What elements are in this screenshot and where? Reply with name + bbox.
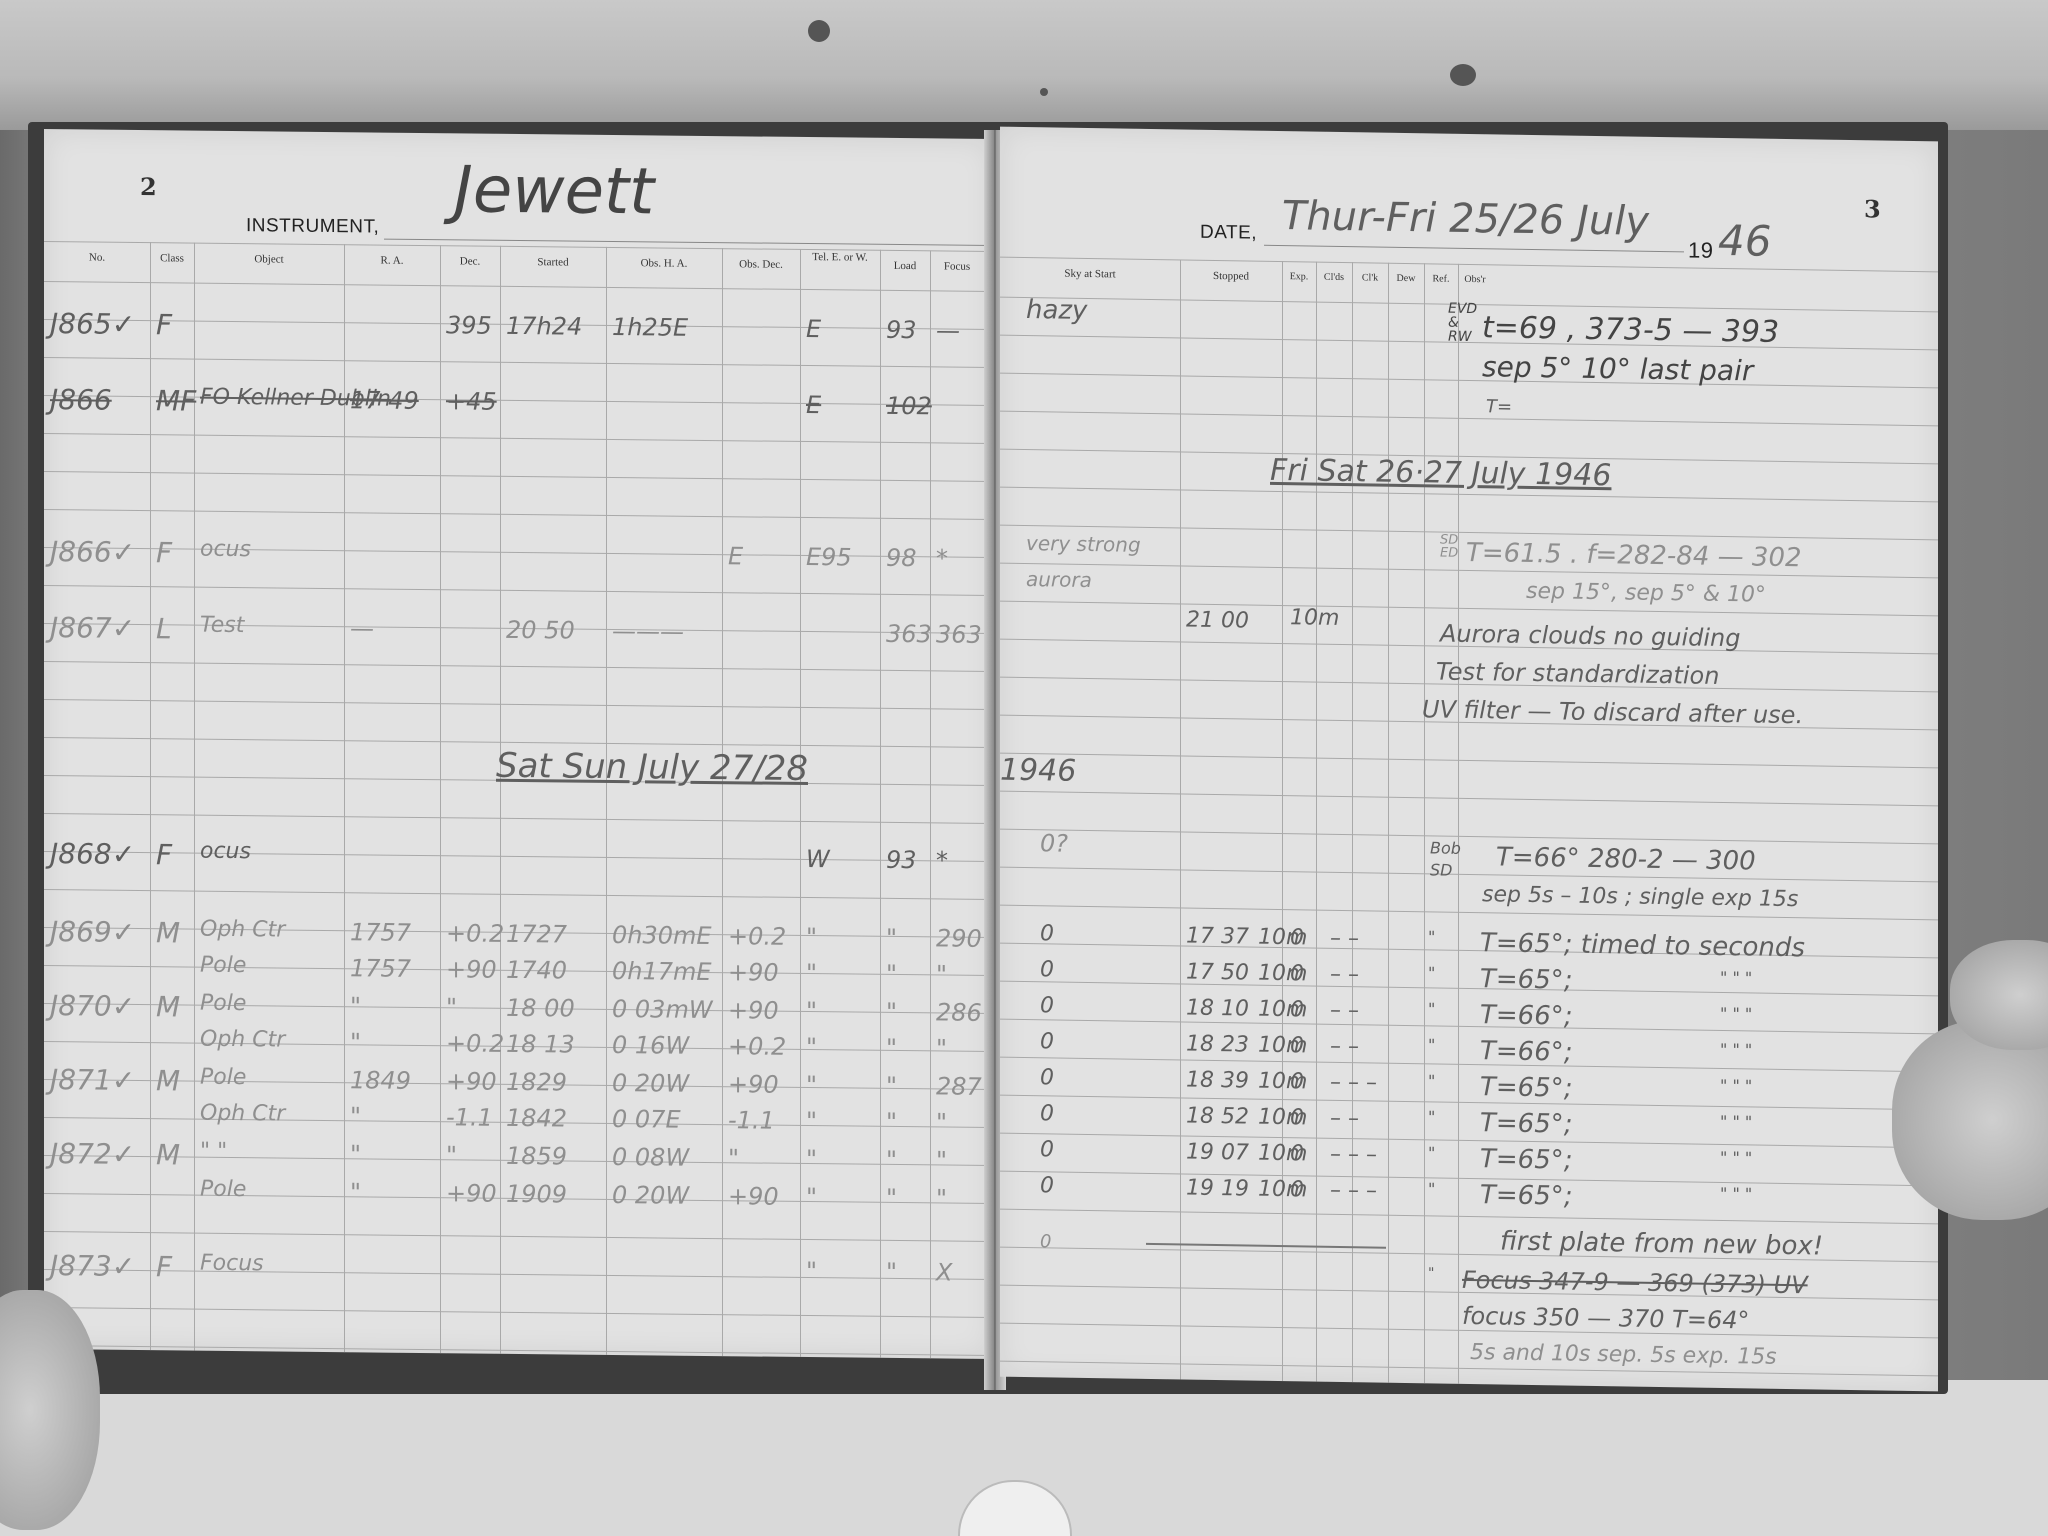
cell-tel: W xyxy=(806,845,830,873)
cell-ra: — xyxy=(350,614,374,642)
ruled-line xyxy=(1000,1019,1938,1035)
cell-tel: " xyxy=(806,959,817,987)
stopped-time: 21 00 xyxy=(1186,608,1249,634)
cell-clk: – – xyxy=(1330,962,1359,987)
cell-class: F xyxy=(156,1250,172,1283)
cell-clds: 0 xyxy=(1290,925,1304,950)
year-continued: 1946 xyxy=(1000,753,1076,789)
cell-no: J865✓ xyxy=(50,307,135,341)
cell-started: 18 00 xyxy=(506,994,575,1023)
cell-ditto: " " " xyxy=(1720,1184,1752,1204)
cell-object: Oph Ctr xyxy=(200,1101,285,1127)
ruled-line xyxy=(1000,1133,1938,1149)
cell-started: 1909 xyxy=(506,1180,567,1209)
cell-class: M xyxy=(156,990,180,1023)
cell-clk: – – xyxy=(1330,926,1359,951)
column-rule xyxy=(722,248,723,1356)
ruled-line xyxy=(44,851,992,862)
column-rule xyxy=(880,250,881,1358)
cell-started: 1859 xyxy=(506,1142,567,1171)
cell-obs-dec: -1.1 xyxy=(728,1106,775,1134)
cell-sky: 0 xyxy=(1040,1065,1054,1090)
cell-stopped: 19 19 xyxy=(1186,1176,1249,1202)
cell-ra: 1757 xyxy=(350,954,411,983)
sky-condition: 0 xyxy=(1040,1231,1051,1252)
instrument-label: INSTRUMENT, xyxy=(246,215,379,238)
cell-sky: 0 xyxy=(1040,957,1054,982)
cell-class: M xyxy=(156,916,180,949)
cell-class: M xyxy=(156,1064,180,1097)
column-rule xyxy=(1180,259,1181,1379)
cell-dec: +90 xyxy=(446,1067,497,1096)
column-rule xyxy=(1316,262,1317,1382)
cell-obs-ha: 0 20W xyxy=(612,1181,689,1210)
cell-object: Test xyxy=(200,613,244,638)
column-header: Cl'ds xyxy=(1316,272,1352,285)
column-rule xyxy=(800,249,801,1357)
cell-no: J870✓ xyxy=(50,989,135,1023)
remark-line: sep 5° 10° last pair xyxy=(1482,350,1753,387)
ruled-line xyxy=(1000,411,1938,427)
cell-no: J866✓ xyxy=(50,535,135,569)
ruled-line xyxy=(44,699,992,710)
cell-remarks: T=65°; xyxy=(1480,1144,1573,1175)
cell-obs-ha: 0 16W xyxy=(612,1031,689,1060)
cell-focus: X xyxy=(936,1258,952,1286)
cell-no: J872✓ xyxy=(50,1137,135,1171)
column-header: Ref. xyxy=(1424,273,1458,286)
cell-clds: 0 xyxy=(1290,1177,1304,1202)
cell-obsr: " xyxy=(1428,1143,1435,1162)
observer-initials: EVD & RW xyxy=(1448,302,1478,344)
cell-clds: 0 xyxy=(1290,961,1304,986)
cell-object: ocus xyxy=(200,537,251,563)
column-header: Focus xyxy=(930,260,984,273)
cell-stopped: 18 39 xyxy=(1186,1068,1249,1094)
cell-remarks: T=65°; xyxy=(1480,1072,1573,1103)
cell-object: ocus xyxy=(200,839,251,865)
cell-stopped: 18 52 xyxy=(1186,1104,1249,1130)
cell-no: J871✓ xyxy=(50,1063,135,1097)
cell-started: 1842 xyxy=(506,1104,567,1133)
cell-obsr: " xyxy=(1428,1179,1435,1198)
cell-obsr: " xyxy=(1428,1107,1435,1126)
remark-line: t=69 , 373-5 — 393 xyxy=(1482,310,1779,350)
cell-remarks: T=65°; xyxy=(1480,964,1573,995)
cell-obs-ha: 0h30mE xyxy=(612,921,712,950)
ruled-line xyxy=(44,661,992,672)
ruled-line xyxy=(1000,791,1938,807)
cell-stopped: 17 37 xyxy=(1186,924,1249,950)
cell-load: 93 xyxy=(886,846,917,874)
cell-stopped: 18 23 xyxy=(1186,1032,1249,1058)
ruled-line xyxy=(1000,373,1938,389)
remark-line: Aurora clouds no guiding xyxy=(1440,620,1741,653)
cell-dec: " xyxy=(446,1141,457,1169)
cell-focus: " xyxy=(936,1108,947,1136)
column-header: No. xyxy=(44,251,150,264)
cell-tel: " xyxy=(806,1071,817,1099)
ruled-line xyxy=(44,1231,992,1242)
cell-ra: 1849 xyxy=(350,1066,411,1095)
cell-clds: 0 xyxy=(1290,1105,1304,1130)
cell-started: 20 50 xyxy=(506,616,575,645)
cell-clds: 0 xyxy=(1290,1141,1304,1166)
cell-ra: " xyxy=(350,1028,361,1056)
remark-line: first plate from new box! xyxy=(1500,1226,1823,1261)
cell-load: 102 xyxy=(886,392,932,420)
cell-load: " xyxy=(886,960,897,988)
sky-aurora: very strong aurora xyxy=(1026,525,1166,599)
remark-line: focus 350 — 370 T=64° xyxy=(1462,1302,1749,1335)
column-rule xyxy=(1458,264,1459,1384)
ruled-line xyxy=(44,1307,992,1318)
cell-clk: – – – xyxy=(1330,1070,1377,1096)
cell-tel: E xyxy=(806,391,821,419)
cell-dec: +45 xyxy=(446,387,497,416)
cell-focus: 290 xyxy=(936,924,982,952)
cell-started: 17h24 xyxy=(506,312,582,341)
ruled-line xyxy=(44,357,992,368)
cell-load: " xyxy=(886,1146,897,1174)
cell-focus: 363 xyxy=(936,620,982,648)
cell-tel: E xyxy=(806,315,821,343)
date-underline xyxy=(1264,245,1684,253)
cell-class: F xyxy=(156,308,172,341)
column-rule xyxy=(1352,262,1353,1382)
cell-obsr: " xyxy=(1428,963,1435,982)
cell-started: 1727 xyxy=(506,920,567,949)
date-heading-fri-sat: Fri Sat 26·27 July 1946 xyxy=(1270,453,1611,493)
cell-dec: +90 xyxy=(446,1179,497,1208)
column-header: Obs. Dec. xyxy=(722,258,800,271)
column-header: Cl'k xyxy=(1352,272,1388,285)
year-value: 46 xyxy=(1718,216,1771,266)
column-header: Class xyxy=(150,252,194,264)
cell-started: 1740 xyxy=(506,956,567,985)
column-header: R. A. xyxy=(344,254,440,267)
cell-remarks: T=66°; xyxy=(1480,1000,1573,1031)
cell-stopped: 19 07 xyxy=(1186,1140,1249,1166)
ruled-line xyxy=(44,433,992,444)
column-header: Dec. xyxy=(440,255,500,268)
cell-obs-ha: 0 20W xyxy=(612,1069,689,1098)
column-header: Started xyxy=(500,256,606,269)
cell-object: Pole xyxy=(200,1177,246,1202)
sky-condition: 0? xyxy=(1040,829,1068,857)
column-rule xyxy=(150,242,151,1350)
ruled-line xyxy=(44,471,992,482)
cell-tel: E95 xyxy=(806,543,852,571)
cell-ra: " xyxy=(350,992,361,1020)
column-rule xyxy=(1282,261,1283,1381)
column-rule xyxy=(440,245,441,1353)
cell-obsr: " xyxy=(1428,1035,1435,1054)
cell-obs-ha: 0 03mW xyxy=(612,995,713,1024)
cell-clk: – – xyxy=(1330,1034,1359,1059)
cell-load: " xyxy=(886,1258,897,1286)
cell-object: " " xyxy=(200,1139,227,1164)
wood-knot xyxy=(1040,88,1048,96)
wooden-shelf xyxy=(0,0,2048,130)
cell-dec: +0.2 xyxy=(446,1029,504,1058)
instrument-value: Jewett xyxy=(454,153,654,229)
cell-clds: 0 xyxy=(1290,1069,1304,1094)
cell-ditto: " " " xyxy=(1720,1076,1752,1096)
cell-dec: " xyxy=(446,993,457,1021)
exposure-time: 10m xyxy=(1290,605,1339,631)
ruled-line xyxy=(44,509,992,520)
column-rule xyxy=(1388,263,1389,1383)
remark-line: T=66° 280-2 — 300 xyxy=(1496,842,1756,876)
column-rule xyxy=(606,247,607,1355)
cell-load: " xyxy=(886,1184,897,1212)
cell-ditto: " " " xyxy=(1720,1040,1752,1060)
column-header: Stopped xyxy=(1180,269,1282,283)
cell-obs-ha: 0 08W xyxy=(612,1143,689,1172)
column-header: Exp. xyxy=(1282,271,1316,284)
cell-sky: 0 xyxy=(1040,993,1054,1018)
cell-object: Oph Ctr xyxy=(200,917,285,943)
cell-started: 1829 xyxy=(506,1068,567,1097)
cell-ditto: " " " xyxy=(1720,1148,1752,1168)
left-page: 2 INSTRUMENT, Jewett No.ClassObjectR. A.… xyxy=(44,129,992,1359)
page-number: 3 xyxy=(1864,194,1881,223)
cell-obsr: " xyxy=(1428,1071,1435,1090)
remark-line: sep 5s – 10s ; single exp 15s xyxy=(1482,882,1798,912)
column-header: Obs. H. A. xyxy=(606,257,722,270)
year-prefix: 19 xyxy=(1688,237,1713,263)
cell-obs-dec: +90 xyxy=(728,958,779,987)
ruled-line xyxy=(1000,867,1938,883)
cell-class: MF xyxy=(156,384,196,417)
ruled-line xyxy=(1000,753,1938,769)
column-header: Load xyxy=(880,260,930,273)
cell-class: F xyxy=(156,838,172,871)
cell-obs-ha: 0 07E xyxy=(612,1105,681,1134)
cell-sky: 0 xyxy=(1040,921,1054,946)
cell-object: Focus xyxy=(200,1251,264,1277)
cell-obs-dec: +90 xyxy=(728,996,779,1025)
column-header: Dew xyxy=(1388,273,1424,286)
cell-focus: 286 xyxy=(936,998,982,1026)
remark-line: sep 15°, sep 5° & 10° xyxy=(1526,579,1766,608)
cell-sky: 0 xyxy=(1040,1029,1054,1054)
column-header: Sky at Start xyxy=(1000,267,1180,282)
cell-dec: 395 xyxy=(446,311,492,339)
cell-focus: * xyxy=(936,544,948,572)
date-label: DATE, xyxy=(1200,222,1257,245)
cell-remarks: T=66°; xyxy=(1480,1036,1573,1067)
cell-tel: " xyxy=(806,997,817,1025)
cell-obs-ha: ——— xyxy=(612,617,684,646)
cell-ditto: " " " xyxy=(1720,968,1752,988)
remark-line: UV filter — To discard after use. xyxy=(1422,695,1803,729)
cell-load: " xyxy=(886,998,897,1026)
observer-initials: Bob SD xyxy=(1430,837,1460,881)
cell-no: J873✓ xyxy=(50,1249,135,1283)
sky-hazy: hazy xyxy=(1026,295,1087,326)
cell-obs-dec: +0.2 xyxy=(728,1032,786,1061)
cell-stopped: 18 10 xyxy=(1186,996,1249,1022)
wood-knot xyxy=(1450,64,1476,86)
column-header: Object xyxy=(194,253,344,267)
cell-load: 93 xyxy=(886,316,917,344)
cell-clk: – – xyxy=(1330,1106,1359,1131)
ruled-line xyxy=(1000,1171,1938,1187)
cell-obs-dec: +90 xyxy=(728,1182,779,1211)
cell-dec: +90 xyxy=(446,955,497,984)
cell-focus: " xyxy=(936,1034,947,1062)
remark-line: T=61.5 . f=282-84 — 302 xyxy=(1466,538,1802,573)
cell-sky: 0 xyxy=(1040,1173,1054,1198)
cell-class: L xyxy=(156,612,172,645)
cell-sky: 0 xyxy=(1040,1101,1054,1126)
cell-clds: 0 xyxy=(1290,997,1304,1022)
cell-tel: " xyxy=(806,1257,817,1285)
cell-obs-dec: E xyxy=(728,542,743,570)
cell-object: Pole xyxy=(200,1065,246,1090)
strike-line xyxy=(1146,1243,1386,1249)
cell-obs-ha: 0h17mE xyxy=(612,957,712,986)
ruled-line xyxy=(1000,1361,1938,1377)
cell-load: 98 xyxy=(886,544,917,572)
column-rule xyxy=(1424,263,1425,1383)
cell-object: Oph Ctr xyxy=(200,1027,285,1053)
cell-dec: -1.1 xyxy=(446,1103,493,1131)
ruled-line xyxy=(44,813,992,824)
remark-line: 5s and 10s sep. 5s exp. 15s xyxy=(1470,1340,1777,1370)
cell-focus: " xyxy=(936,1184,947,1212)
right-thumb xyxy=(1892,1020,2048,1220)
cell-ra: " xyxy=(350,1178,361,1206)
cell-tel: " xyxy=(806,1183,817,1211)
cell-ra: 17 49 xyxy=(350,386,419,415)
ruled-line xyxy=(1000,1057,1938,1073)
cell-focus: " xyxy=(936,960,947,988)
cell-obsr: " xyxy=(1428,927,1435,946)
cell-obsr: " xyxy=(1428,999,1435,1018)
remark-line: T= xyxy=(1486,396,1512,417)
cell-obs-dec: +0.2 xyxy=(728,922,786,951)
observer-ditto: " xyxy=(1428,1265,1434,1281)
ruled-line xyxy=(1000,829,1938,845)
cell-remarks: T=65°; timed to seconds xyxy=(1480,928,1805,963)
cell-tel: " xyxy=(806,1107,817,1135)
cell-sky: 0 xyxy=(1040,1137,1054,1162)
remark-line-struck: Focus 347-9 — 369 (373) UV xyxy=(1462,1266,1808,1299)
ruled-line xyxy=(44,281,992,292)
cell-class: M xyxy=(156,1138,180,1171)
cell-tel: " xyxy=(806,1145,817,1173)
ruled-line xyxy=(1000,1095,1938,1111)
cell-load: 363 xyxy=(886,620,932,648)
cell-ra: " xyxy=(350,1102,361,1130)
column-rule xyxy=(500,246,501,1354)
cell-clk: – – – xyxy=(1330,1142,1377,1168)
ruled-line xyxy=(1000,981,1938,997)
cell-no: J866 xyxy=(50,383,112,417)
cell-load: " xyxy=(886,1034,897,1062)
date-value: Thur-Fri 25/26 July xyxy=(1282,193,1649,245)
date-heading-sat-sun: Sat Sun July 27/28 xyxy=(496,746,808,789)
cell-ra: 1757 xyxy=(350,918,411,947)
cell-clk: – – xyxy=(1330,998,1359,1023)
cell-ra: " xyxy=(350,1140,361,1168)
cell-obs-dec: +90 xyxy=(728,1070,779,1099)
cell-started: 18 13 xyxy=(506,1030,575,1059)
ruled-line xyxy=(44,1269,992,1280)
cell-tel: " xyxy=(806,1033,817,1061)
ruled-line xyxy=(44,585,992,596)
cell-focus: * xyxy=(936,846,948,874)
cell-dec: +0.2 xyxy=(446,919,504,948)
column-header: Obs'r xyxy=(1458,274,1492,287)
cell-obs-ha: 1h25E xyxy=(612,313,688,342)
ruled-line xyxy=(44,889,992,900)
cell-focus: 287 xyxy=(936,1072,982,1100)
cell-load: " xyxy=(886,1108,897,1136)
cell-no: J868✓ xyxy=(50,837,135,871)
cell-remarks: T=65°; xyxy=(1480,1108,1573,1139)
observer-initials: SD ED xyxy=(1440,534,1462,560)
cell-object: Pole xyxy=(200,991,246,1016)
cell-class: F xyxy=(156,536,172,569)
remark-line: Test for standardization xyxy=(1436,657,1719,689)
column-header: Tel. E. or W. xyxy=(800,251,880,264)
cell-clds: 0 xyxy=(1290,1033,1304,1058)
cell-object: Pole xyxy=(200,953,246,978)
cell-focus: — xyxy=(936,316,960,344)
cell-no: J867✓ xyxy=(50,611,135,645)
cell-focus: " xyxy=(936,1146,947,1174)
cell-clk: – – – xyxy=(1330,1178,1377,1204)
ruled-line xyxy=(1000,601,1938,617)
cell-load: " xyxy=(886,924,897,952)
cell-ditto: " " " xyxy=(1720,1112,1752,1132)
cell-remarks: T=65°; xyxy=(1480,1180,1573,1211)
cell-stopped: 17 50 xyxy=(1186,960,1249,986)
cell-tel: " xyxy=(806,923,817,951)
cell-load: " xyxy=(886,1072,897,1100)
ruled-line xyxy=(1000,1209,1938,1225)
cell-ditto: " " " xyxy=(1720,1004,1752,1024)
right-page: 3 DATE, Thur-Fri 25/26 July 19 46 1946 S… xyxy=(1000,127,1938,1392)
page-number: 2 xyxy=(140,172,157,201)
wood-knot xyxy=(808,20,830,42)
cell-no: J869✓ xyxy=(50,915,135,949)
cell-obs-dec: " xyxy=(728,1144,739,1172)
